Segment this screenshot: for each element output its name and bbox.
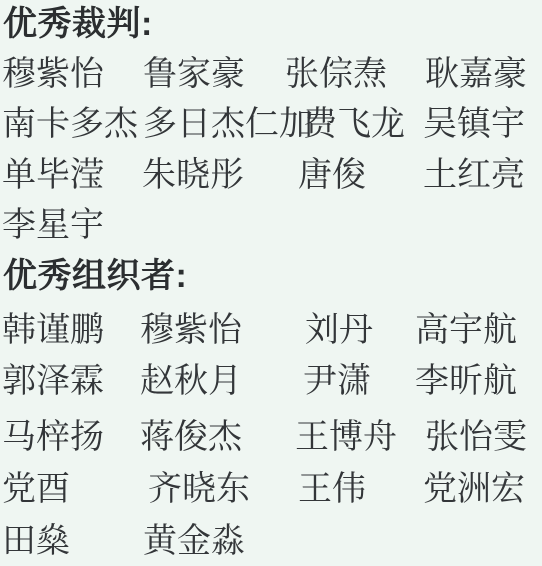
person-name: 吴镇宇: [423, 104, 525, 144]
person-name: 朱晓彤: [142, 155, 244, 195]
name-row: 马梓扬 蒋俊杰 王博舟 张怡雯: [0, 417, 542, 459]
person-name: 刘丹: [305, 310, 373, 350]
person-name: 多日杰仁加: [143, 104, 313, 144]
section-title-organizers: 优秀组织者:: [3, 256, 187, 296]
name-row: 郭泽霖 赵秋月 尹潇 李昕航: [0, 361, 542, 403]
person-name: 张怡雯: [425, 417, 527, 457]
name-row: 党酉 齐晓东 王伟 党洲宏: [0, 469, 542, 511]
person-name: 唐俊: [298, 155, 366, 195]
person-name: 党酉: [2, 469, 70, 509]
person-name: 蒋俊杰: [140, 417, 242, 457]
person-name: 黄金淼: [143, 521, 245, 561]
person-name: 土红亮: [423, 155, 525, 195]
person-name: 单毕滢: [2, 155, 104, 195]
person-name: 李昕航: [415, 361, 517, 401]
person-name: 王伟: [298, 469, 366, 509]
person-name: 王博舟: [295, 417, 397, 457]
person-name: 张倧焘: [285, 54, 387, 94]
person-name: 耿嘉豪: [425, 54, 527, 94]
section-referees: 优秀裁判:: [0, 4, 542, 46]
award-name-list-document: 优秀裁判: 穆紫怡 鲁家豪 张倧焘 耿嘉豪 南卡多杰 多日杰仁加 费飞龙 吴镇宇…: [0, 0, 542, 566]
person-name: 马梓扬: [2, 417, 104, 457]
name-row: 韩谨鹏 穆紫怡 刘丹 高宇航: [0, 310, 542, 352]
person-name: 费飞龙: [303, 104, 405, 144]
person-name: 田燊: [2, 521, 70, 561]
name-row: 田燊 黄金淼: [0, 521, 542, 563]
person-name: 尹潇: [303, 361, 371, 401]
person-name: 党洲宏: [423, 469, 525, 509]
person-name: 穆紫怡: [2, 54, 104, 94]
name-row: 单毕滢 朱晓彤 唐俊 土红亮: [0, 155, 542, 197]
person-name: 南卡多杰: [2, 104, 138, 144]
person-name: 李星宇: [2, 205, 104, 245]
person-name: 韩谨鹏: [2, 310, 104, 350]
section-title-referees: 优秀裁判:: [3, 4, 153, 44]
person-name: 郭泽霖: [2, 361, 104, 401]
name-row: 南卡多杰 多日杰仁加 费飞龙 吴镇宇: [0, 104, 542, 146]
person-name: 赵秋月: [140, 361, 242, 401]
section-organizers: 优秀组织者:: [0, 256, 542, 298]
name-row: 李星宇: [0, 205, 542, 247]
person-name: 齐晓东: [148, 469, 250, 509]
person-name: 穆紫怡: [140, 310, 242, 350]
name-row: 穆紫怡 鲁家豪 张倧焘 耿嘉豪: [0, 54, 542, 96]
person-name: 高宇航: [415, 310, 517, 350]
person-name: 鲁家豪: [143, 54, 245, 94]
